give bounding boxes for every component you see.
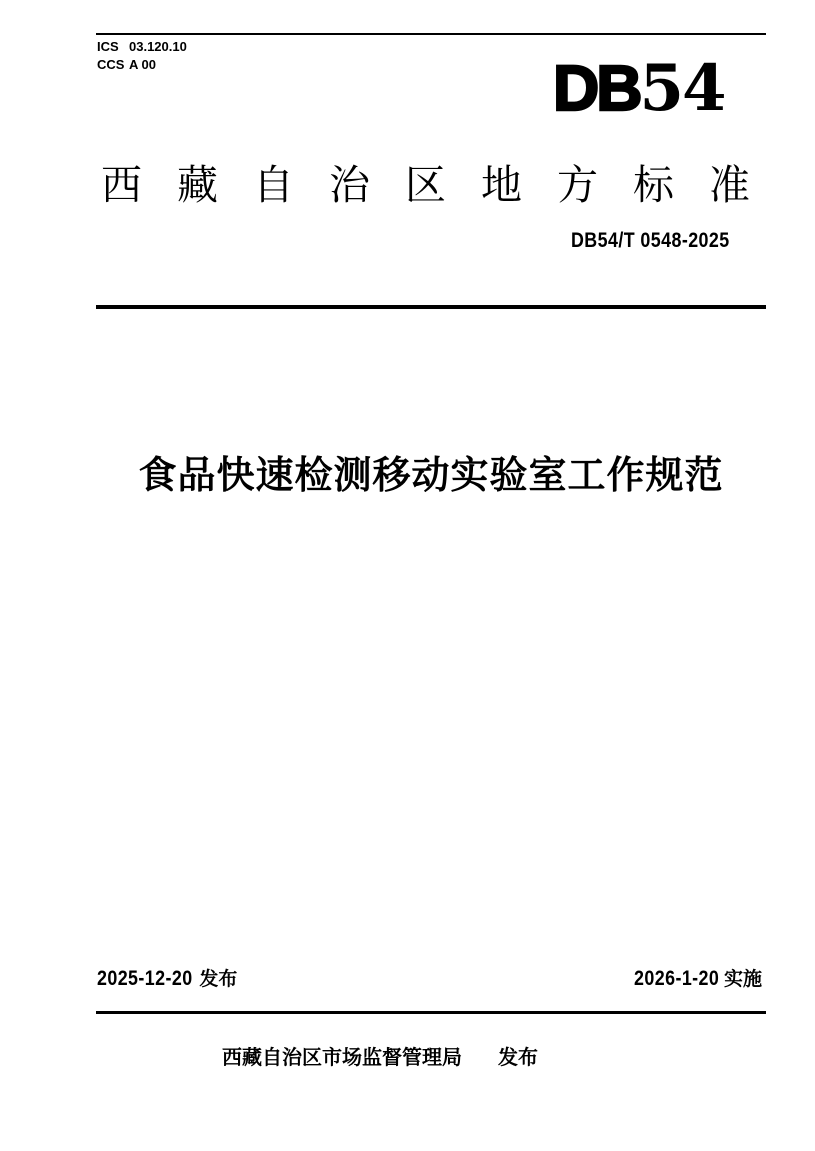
ccs-row: CCSA 00: [97, 56, 187, 74]
ccs-value: A 00: [129, 57, 156, 72]
db54-logo-number: 54: [639, 51, 724, 126]
db54-logo: DB54: [553, 56, 725, 121]
issue-date-group: 2025-12-20发布: [97, 964, 237, 991]
dates-row: 2025-12-20发布 2026-1-20实施: [97, 964, 762, 991]
db54-logo-db: DB: [553, 52, 639, 124]
implementation-date: 2026-1-20: [634, 967, 719, 991]
standard-cover-page: ICS03.120.10 CCSA 00 DB54 西藏自治区地方标准 DB54…: [0, 0, 815, 1151]
publisher-name: 西藏自治区市场监督管理局: [222, 1047, 462, 1069]
issue-date: 2025-12-20: [97, 967, 193, 991]
document-title: 食品快速检测移动实验室工作规范: [96, 444, 766, 499]
publisher-row: 西藏自治区市场监督管理局发布: [222, 1041, 538, 1070]
issue-date-label: 发布: [199, 969, 237, 990]
ics-label: ICS: [97, 38, 129, 56]
footer-divider-rule: [96, 1011, 766, 1014]
publish-action-label: 发布: [498, 1047, 538, 1069]
header-divider-rule: [96, 305, 766, 309]
ics-value: 03.120.10: [129, 39, 187, 54]
ics-row: ICS03.120.10: [97, 38, 187, 56]
implementation-date-group: 2026-1-20实施: [619, 964, 762, 991]
ccs-label: CCS: [97, 56, 129, 74]
document-number: DB54/T 0548-2025: [543, 229, 730, 253]
standard-body-name: 西藏自治区地方标准: [101, 161, 785, 210]
top-rule: [96, 33, 766, 35]
classification-codes: ICS03.120.10 CCSA 00: [97, 38, 187, 74]
document-number-text: DB54/T 0548-2025: [571, 229, 730, 253]
implementation-date-label: 实施: [724, 969, 762, 990]
